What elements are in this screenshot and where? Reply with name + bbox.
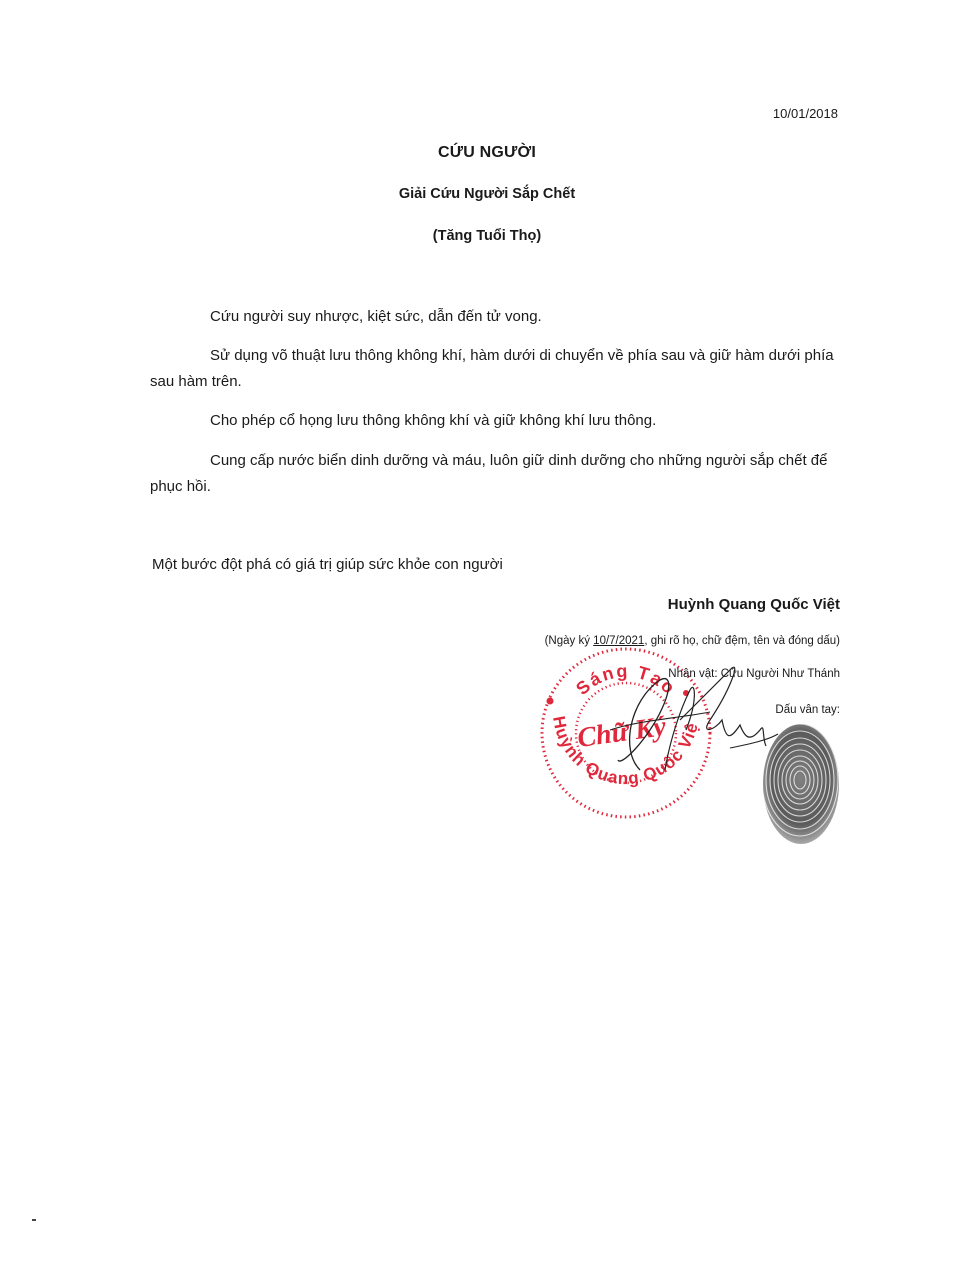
- tagline: Một bước đột phá có giá trị giúp sức khỏ…: [152, 556, 503, 573]
- fingerprint-icon: [760, 722, 842, 850]
- handwritten-signature-icon: [590, 660, 780, 780]
- document-subtitle-2: (Tăng Tuổi Thọ): [0, 228, 974, 244]
- paragraph-3: Cho phép cổ họng lưu thông không khí và …: [150, 408, 840, 434]
- document-subtitle: Giải Cứu Người Sắp Chết: [0, 186, 974, 202]
- paragraph-1: Cứu người suy nhược, kiệt sức, dẫn đến t…: [150, 304, 840, 330]
- scan-speck: [32, 1219, 36, 1221]
- paragraph-4: Cung cấp nước biển dinh dưỡng và máu, lu…: [150, 448, 840, 500]
- signer-name: Huỳnh Quang Quốc Việt: [668, 596, 840, 613]
- paragraph-2: Sử dụng võ thuật lưu thông không khí, hà…: [150, 343, 840, 395]
- document-title: CỨU NGƯỜI: [0, 144, 974, 162]
- document-date: 10/01/2018: [773, 106, 838, 121]
- fingerprint-label: Dấu vân tay:: [775, 704, 840, 716]
